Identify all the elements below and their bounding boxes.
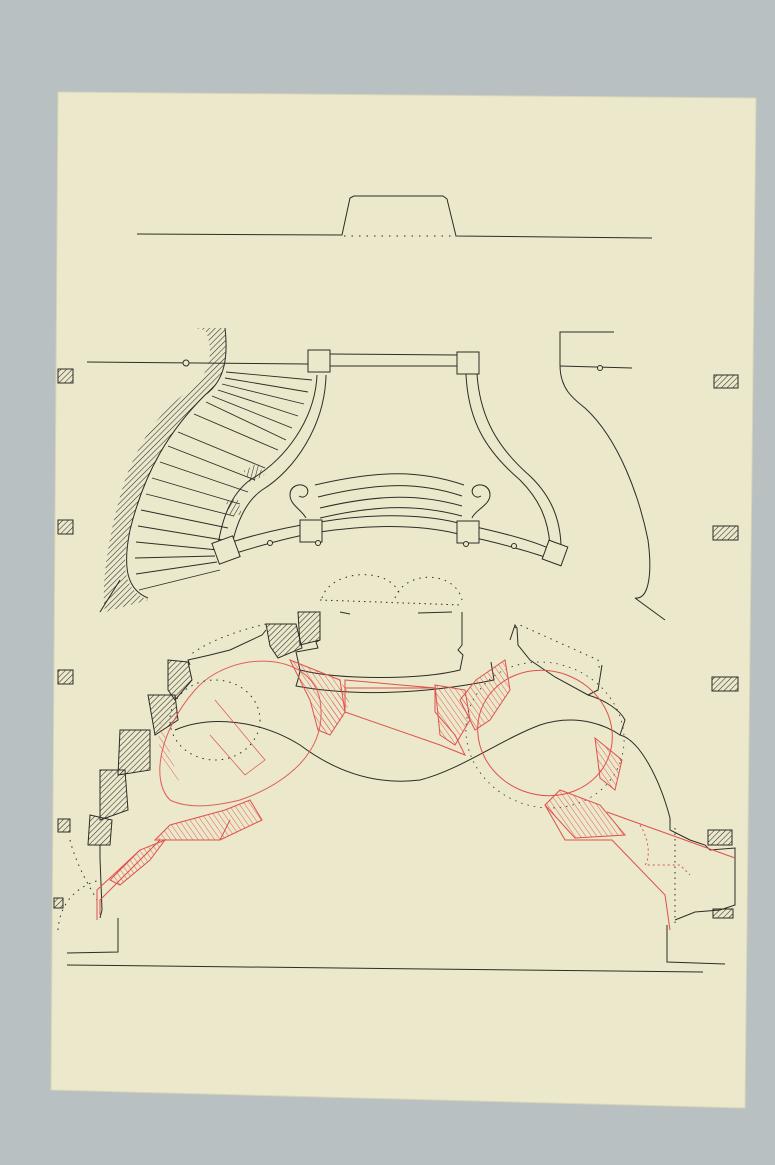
photograph xyxy=(0,0,775,1165)
marker-right-3 xyxy=(712,677,738,691)
marker-left-3 xyxy=(58,670,73,684)
post-mid-left xyxy=(300,520,322,542)
marker-right-1 xyxy=(714,375,738,388)
marker-right-4 xyxy=(708,830,732,845)
post-top-left xyxy=(308,350,330,372)
marker-left-5 xyxy=(54,898,63,908)
marker-left-4 xyxy=(58,819,70,832)
post-top-right xyxy=(457,352,479,374)
marker-left-1 xyxy=(58,369,73,383)
marker-right-2 xyxy=(713,526,738,540)
marker-left-2 xyxy=(58,520,73,534)
drawing-canvas xyxy=(0,0,775,1165)
paper-sheet xyxy=(51,92,756,1108)
post-mid-right xyxy=(457,521,479,543)
